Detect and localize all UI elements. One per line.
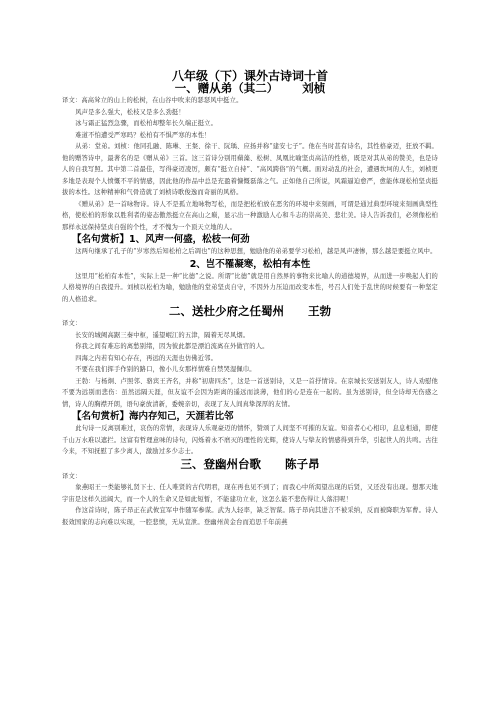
poem-author: 刘桢 xyxy=(302,81,325,95)
translation-line: 译文：高高耸立的山上的松树，在山谷中吹来的瑟瑟风中挺立。 xyxy=(62,95,438,107)
paragraph: 王勃：与杨炯、卢照邻、骆宾王齐名，并称“初唐四杰”，这是一首送别诗，又是一首抒情… xyxy=(62,376,438,411)
poem-title: 二、送杜少府之任蜀州 xyxy=(169,304,284,318)
translation-line: 你我之间有难忘的离愁别绪，因为彼此都是漂泊流离在外做官的人。 xyxy=(62,341,438,353)
poem-title: 三、登幽州台歌 xyxy=(181,457,262,471)
poem-author: 陈子昂 xyxy=(285,457,320,471)
paragraph: 作这首诗时，陈子昂正在武攸宜军中作随军参谋。武为人轻率，缺乏智谋。陈子昂向其进言… xyxy=(62,505,438,528)
famous-line-heading: 2、岂不罹凝寒，松柏有本性 xyxy=(62,258,438,271)
translation-line: 冰与霜正猛烈急骤，而松柏却整年长久端正挺立。 xyxy=(62,118,438,130)
translation-label: 译文： xyxy=(62,318,438,330)
translation-line: 不要在我们挥手作别的路口，像小儿女那样情难自禁哭湿佩巾。 xyxy=(62,364,438,376)
famous-line-heading: 【名句赏析】1、风声一何盛，松枝一何劲 xyxy=(62,233,438,246)
paragraph: 这里用“松柏有本性”，实际上是一种“比德”之说。所谓“比德”就是用自然界的事物来… xyxy=(62,271,438,306)
translation-text: 高高耸立的山上的松树，在山谷中吹来的瑟瑟风中挺立。 xyxy=(81,97,242,104)
section-heading-2: 二、送杜少府之任蜀州王勃 xyxy=(62,305,438,318)
translation-label: 译文： xyxy=(62,97,81,104)
translation-line: 四海之内若有知心存在，再远的天涯也仿佛近邻。 xyxy=(62,353,438,365)
paragraph: 从弟：堂弟。刘桢：他同孔融、陈琳、王粲、徐干、阮瑀、应扬并称“建安七子”。他在当… xyxy=(62,141,438,199)
document-page: 八年级（下）课外古诗词十首 一、赠从弟（其二）刘桢 译文：高高耸立的山上的松树，… xyxy=(62,68,438,528)
translation-line: 风声是多么强大，松枝又是多么劲挺！ xyxy=(62,107,438,119)
section-heading-3: 三、登幽州台歌陈子昂 xyxy=(62,458,438,471)
paragraph: 此句诗一反离别难过，哀伤的常情，表现诗人乐观豪迈的情怀，赞颂了人间坚不可摧的友谊… xyxy=(62,423,438,458)
paragraph: 象燕昭王一类能够礼贤下士、任人唯贤的古代明君，现在再也见不到了；而我心中所渴望出… xyxy=(62,482,438,505)
translation-label: 译文： xyxy=(62,471,438,483)
poem-title: 一、赠从弟（其二） xyxy=(175,81,279,95)
poem-author: 王勃 xyxy=(308,304,331,318)
paragraph: 这两句继承了孔子的“岁寒然后知松柏之后凋也”的这种思想，勉励他的弟弟要学习松柏，… xyxy=(62,246,438,258)
paragraph: 《赠从弟》是一首咏物诗。诗人不是孤立地咏物写松，而是把松柏放在恶劣的环境中来刻画… xyxy=(62,199,438,234)
famous-line-heading: 【名句赏析】海内存知己，天涯若比邻 xyxy=(62,410,438,423)
section-heading-1: 一、赠从弟（其二）刘桢 xyxy=(62,82,438,95)
translation-line: 长安的城阙高踞三秦中枢，遥望岷江的五津，隔着无尽风烟。 xyxy=(62,330,438,342)
translation-line: 难道不怕遭受严寒吗？松柏有不惧严寒的本性！ xyxy=(62,130,438,142)
